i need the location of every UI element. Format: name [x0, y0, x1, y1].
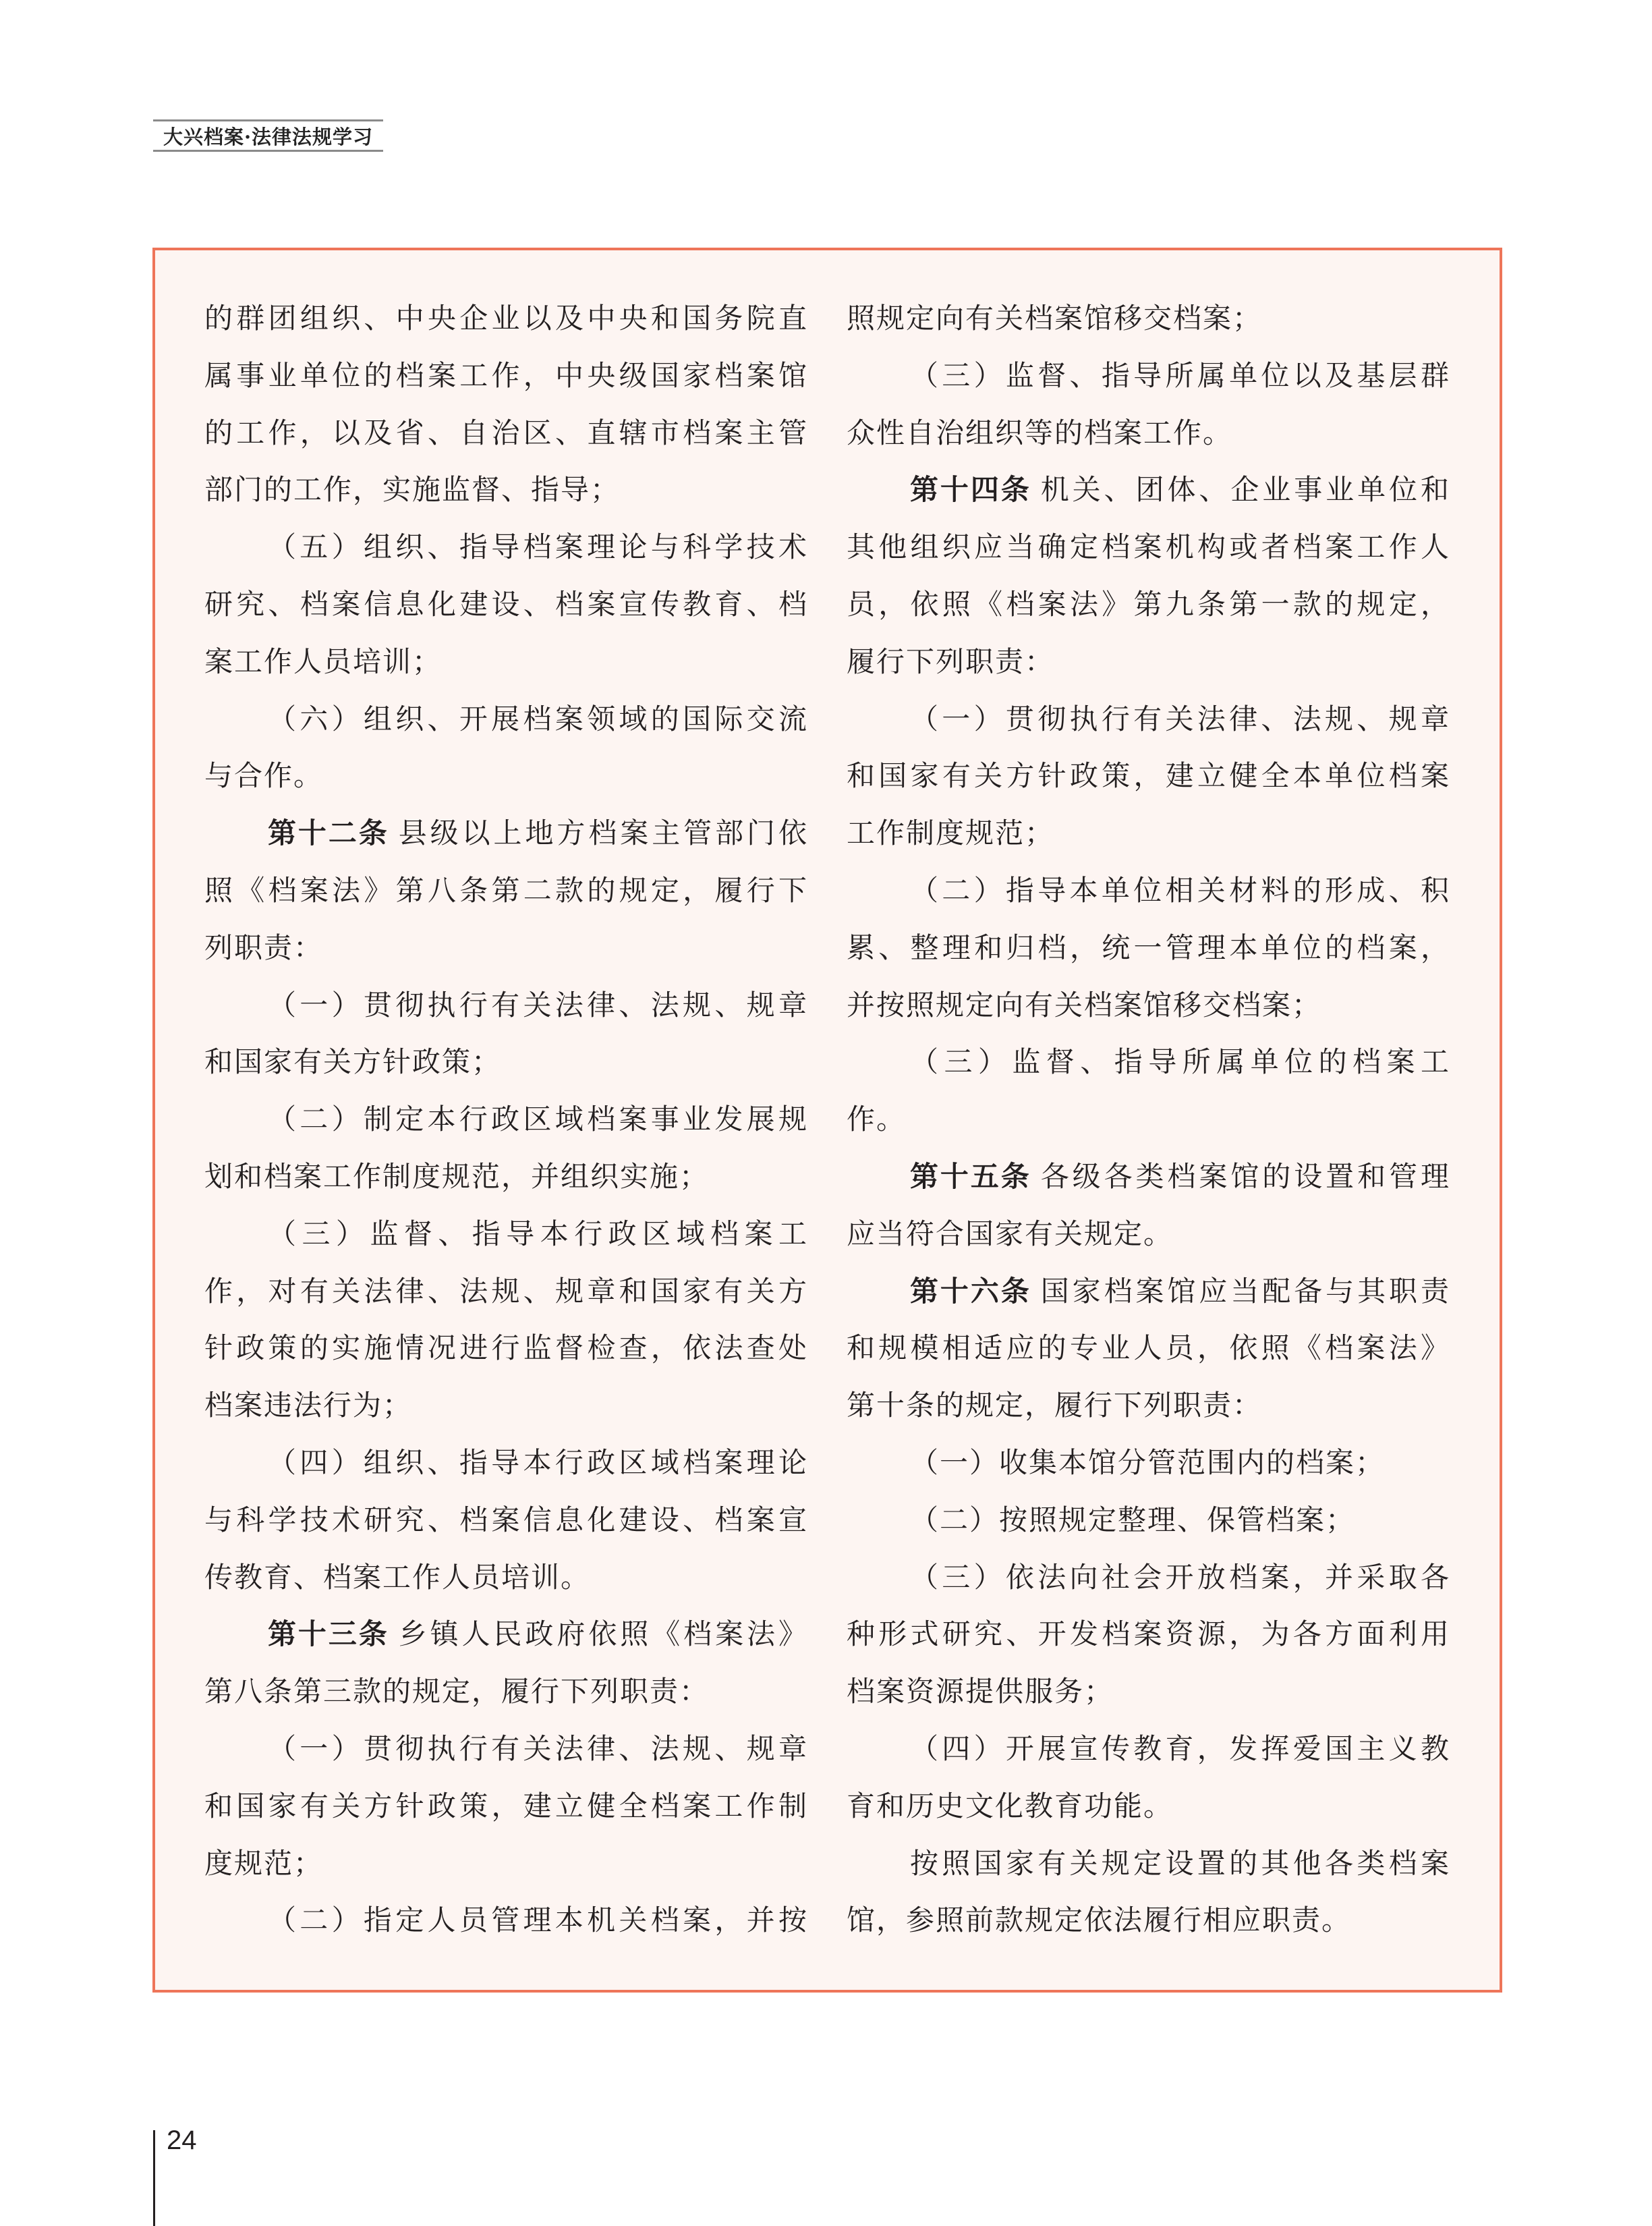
text-line: 作。 — [847, 1091, 1450, 1148]
line-text: （三）监督、指导所属单位以及基层群 — [910, 359, 1450, 392]
article-paragraph-line: 第十五条各级各类档案馆的设置和管理 — [847, 1148, 1450, 1206]
text-line: （二）指导本单位相关材料的形成、积 — [847, 862, 1450, 920]
article-paragraph-line: 第十六条国家档案馆应当配备与其职责 — [847, 1263, 1450, 1320]
text-line: 档案资源提供服务； — [847, 1663, 1450, 1721]
line-text: 作，对有关法律、法规、规章和国家有关方 — [204, 1275, 808, 1308]
line-text: 部门的工作，实施监督、指导； — [204, 473, 620, 506]
text-line: 部门的工作，实施监督、指导； — [204, 462, 808, 519]
article-paragraph-line: 第十二条县级以上地方档案主管部门依 — [204, 805, 808, 862]
text-line: 工作制度规范； — [847, 805, 1450, 862]
text-line: 档案违法行为； — [204, 1377, 808, 1435]
line-text: （三）依法向社会开放档案，并采取各 — [910, 1561, 1450, 1594]
text-line: 按照国家有关规定设置的其他各类档案 — [847, 1835, 1450, 1893]
article-number: 第十四条 — [910, 473, 1031, 506]
text-line: 针政策的实施情况进行监督检查，依法查处 — [204, 1320, 808, 1377]
text-line: 并按照规定向有关档案馆移交档案； — [847, 977, 1450, 1034]
line-text: 乡镇人民政府依照《档案法》 — [399, 1617, 808, 1650]
page-number: 24 — [167, 2125, 197, 2156]
line-text: 传教育、档案工作人员培训。 — [204, 1561, 590, 1594]
text-line: 种形式研究、开发档案资源，为各方面利用 — [847, 1606, 1450, 1663]
article-number: 第十五条 — [910, 1160, 1031, 1193]
article-paragraph-line: 第十三条乡镇人民政府依照《档案法》 — [204, 1606, 808, 1663]
line-text: 度规范； — [204, 1847, 323, 1880]
text-line: （三）监督、指导所属单位以及基层群 — [847, 347, 1450, 405]
line-text: 案工作人员培训； — [204, 645, 442, 678]
line-text: 和规模相适应的专业人员，依照《档案法》 — [847, 1331, 1450, 1364]
text-line: 列职责： — [204, 920, 808, 977]
text-line: （四）开展宣传教育，发挥爱国主义教 — [847, 1721, 1450, 1778]
line-text: （二）按照规定整理、保管档案； — [910, 1503, 1355, 1536]
line-text: 国家档案馆应当配备与其职责 — [1041, 1275, 1450, 1308]
line-text: （五）组织、指导档案理论与科学技术 — [268, 530, 808, 563]
line-text: （一）收集本馆分管范围内的档案； — [910, 1446, 1385, 1479]
text-line: （二）制定本行政区域档案事业发展规 — [204, 1091, 808, 1148]
text-line: 育和历史文化教育功能。 — [847, 1778, 1450, 1835]
line-text: 属事业单位的档案工作，中央级国家档案馆 — [204, 359, 808, 392]
line-text: 按照国家有关规定设置的其他各类档案 — [910, 1847, 1450, 1880]
text-line: 属事业单位的档案工作，中央级国家档案馆 — [204, 347, 808, 405]
line-text: 并按照规定向有关档案馆移交档案； — [847, 989, 1321, 1022]
text-line: 和规模相适应的专业人员，依照《档案法》 — [847, 1320, 1450, 1377]
line-text: （一）贯彻执行有关法律、法规、规章 — [268, 1732, 808, 1765]
text-line: 研究、档案信息化建设、档案宣传教育、档 — [204, 576, 808, 634]
line-text: （二）指导本单位相关材料的形成、积 — [910, 874, 1450, 907]
article-number: 第十二条 — [268, 816, 389, 850]
text-line: 的工作，以及省、自治区、直辖市档案主管 — [204, 405, 808, 462]
article-paragraph-line: 第十四条机关、团体、企业事业单位和 — [847, 462, 1450, 519]
text-line: 和国家有关方针政策，建立健全档案工作制 — [204, 1778, 808, 1835]
line-text: 的工作，以及省、自治区、直辖市档案主管 — [204, 416, 808, 449]
text-line: （五）组织、指导档案理论与科学技术 — [204, 519, 808, 576]
line-text: 第八条第三款的规定，履行下列职责： — [204, 1675, 709, 1708]
line-text: 种形式研究、开发档案资源，为各方面利用 — [847, 1617, 1450, 1650]
line-text: 机关、团体、企业事业单位和 — [1041, 473, 1450, 506]
text-line: 与科学技术研究、档案信息化建设、档案宣 — [204, 1492, 808, 1549]
text-line: 度规范； — [204, 1835, 808, 1893]
text-line: （一）贯彻执行有关法律、法规、规章 — [847, 691, 1450, 748]
line-text: 列职责： — [204, 931, 323, 964]
text-line: （三）监督、指导本行政区域档案工 — [204, 1206, 808, 1263]
line-text: 作。 — [847, 1103, 906, 1136]
text-line: 和国家有关方针政策，建立健全本单位档案 — [847, 748, 1450, 805]
line-text: （四）开展宣传教育，发挥爱国主义教 — [910, 1732, 1450, 1765]
line-text: （二）指定人员管理本机关档案，并按 — [268, 1903, 808, 1937]
line-text: 育和历史文化教育功能。 — [847, 1789, 1173, 1822]
line-text: （一）贯彻执行有关法律、法规、规章 — [268, 989, 808, 1022]
right-column: 照规定向有关档案馆移交档案；（三）监督、指导所属单位以及基层群众性自治组织等的档… — [847, 290, 1450, 1949]
line-text: 与科学技术研究、档案信息化建设、档案宣 — [204, 1503, 808, 1536]
left-column: 的群团组织、中央企业以及中央和国务院直属事业单位的档案工作，中央级国家档案馆的工… — [204, 290, 808, 1949]
text-line: 作，对有关法律、法规、规章和国家有关方 — [204, 1263, 808, 1320]
text-line: 应当符合国家有关规定。 — [847, 1206, 1450, 1263]
text-line: （四）组织、指导本行政区域档案理论 — [204, 1435, 808, 1492]
line-text: 档案资源提供服务； — [847, 1675, 1114, 1708]
line-text: 档案违法行为； — [204, 1389, 412, 1422]
text-line: 众性自治组织等的档案工作。 — [847, 405, 1450, 462]
line-text: 和国家有关方针政策； — [204, 1045, 501, 1078]
running-head-title: 大兴档案·法律法规学习 — [163, 122, 373, 150]
text-line: 照《档案法》第八条第二款的规定，履行下 — [204, 862, 808, 920]
line-text: 其他组织应当确定档案机构或者档案工作人 — [847, 530, 1450, 563]
line-text: 照规定向有关档案馆移交档案； — [847, 302, 1262, 335]
line-text: （三）监督、指导所属单位的档案工 — [910, 1045, 1450, 1078]
line-text: 馆，参照前款规定依法履行相应职责。 — [847, 1903, 1351, 1937]
line-text: （六）组织、开展档案领域的国际交流 — [268, 702, 808, 735]
line-text: 第十条的规定，履行下列职责： — [847, 1389, 1262, 1422]
line-text: 各级各类档案馆的设置和管理 — [1041, 1160, 1450, 1193]
line-text: 研究、档案信息化建设、档案宣传教育、档 — [204, 588, 808, 621]
article-number: 第十六条 — [910, 1275, 1031, 1308]
text-line: （一）贯彻执行有关法律、法规、规章 — [204, 1721, 808, 1778]
text-line: 传教育、档案工作人员培训。 — [204, 1549, 808, 1607]
line-text: 照《档案法》第八条第二款的规定，履行下 — [204, 874, 808, 907]
running-head: 大兴档案·法律法规学习 — [153, 119, 383, 152]
folio-rule — [153, 2130, 155, 2226]
text-line: （二）指定人员管理本机关档案，并按 — [204, 1892, 808, 1949]
line-text: 划和档案工作制度规范，并组织实施； — [204, 1160, 709, 1193]
line-text: 县级以上地方档案主管部门依 — [399, 816, 808, 850]
text-line: 员，依照《档案法》第九条第一款的规定， — [847, 576, 1450, 634]
text-line: 第八条第三款的规定，履行下列职责： — [204, 1663, 808, 1721]
line-text: （三）监督、指导本行政区域档案工 — [268, 1217, 808, 1250]
text-line: （一）贯彻执行有关法律、法规、规章 — [204, 977, 808, 1034]
line-text: 的群团组织、中央企业以及中央和国务院直 — [204, 302, 808, 335]
text-line: 的群团组织、中央企业以及中央和国务院直 — [204, 290, 808, 347]
text-line: 履行下列职责： — [847, 634, 1450, 691]
text-line: （三）依法向社会开放档案，并采取各 — [847, 1549, 1450, 1607]
article-number: 第十三条 — [268, 1617, 389, 1650]
text-line: 馆，参照前款规定依法履行相应职责。 — [847, 1892, 1450, 1949]
text-line: 和国家有关方针政策； — [204, 1034, 808, 1091]
line-text: 履行下列职责： — [847, 645, 1054, 678]
text-line: 其他组织应当确定档案机构或者档案工作人 — [847, 519, 1450, 576]
text-line: 照规定向有关档案馆移交档案； — [847, 290, 1450, 347]
text-line: 与合作。 — [204, 748, 808, 805]
text-line: （六）组织、开展档案领域的国际交流 — [204, 691, 808, 748]
line-text: 众性自治组织等的档案工作。 — [847, 416, 1232, 449]
text-line: 案工作人员培训； — [204, 634, 808, 691]
line-text: （一）贯彻执行有关法律、法规、规章 — [910, 702, 1450, 735]
line-text: 和国家有关方针政策，建立健全本单位档案 — [847, 759, 1450, 792]
line-text: （四）组织、指导本行政区域档案理论 — [268, 1446, 808, 1479]
text-line: （二）按照规定整理、保管档案； — [847, 1492, 1450, 1549]
line-text: （二）制定本行政区域档案事业发展规 — [268, 1103, 808, 1136]
text-line: 划和档案工作制度规范，并组织实施； — [204, 1148, 808, 1206]
line-text: 累、整理和归档，统一管理本单位的档案， — [847, 931, 1450, 964]
line-text: 员，依照《档案法》第九条第一款的规定， — [847, 588, 1450, 621]
text-line: （三）监督、指导所属单位的档案工 — [847, 1034, 1450, 1091]
text-line: 累、整理和归档，统一管理本单位的档案， — [847, 920, 1450, 977]
text-line: 第十条的规定，履行下列职责： — [847, 1377, 1450, 1435]
line-text: 工作制度规范； — [847, 816, 1054, 850]
text-line: （一）收集本馆分管范围内的档案； — [847, 1435, 1450, 1492]
line-text: 与合作。 — [204, 759, 323, 792]
line-text: 应当符合国家有关规定。 — [847, 1217, 1173, 1250]
line-text: 和国家有关方针政策，建立健全档案工作制 — [204, 1789, 808, 1822]
line-text: 针政策的实施情况进行监督检查，依法查处 — [204, 1331, 808, 1364]
